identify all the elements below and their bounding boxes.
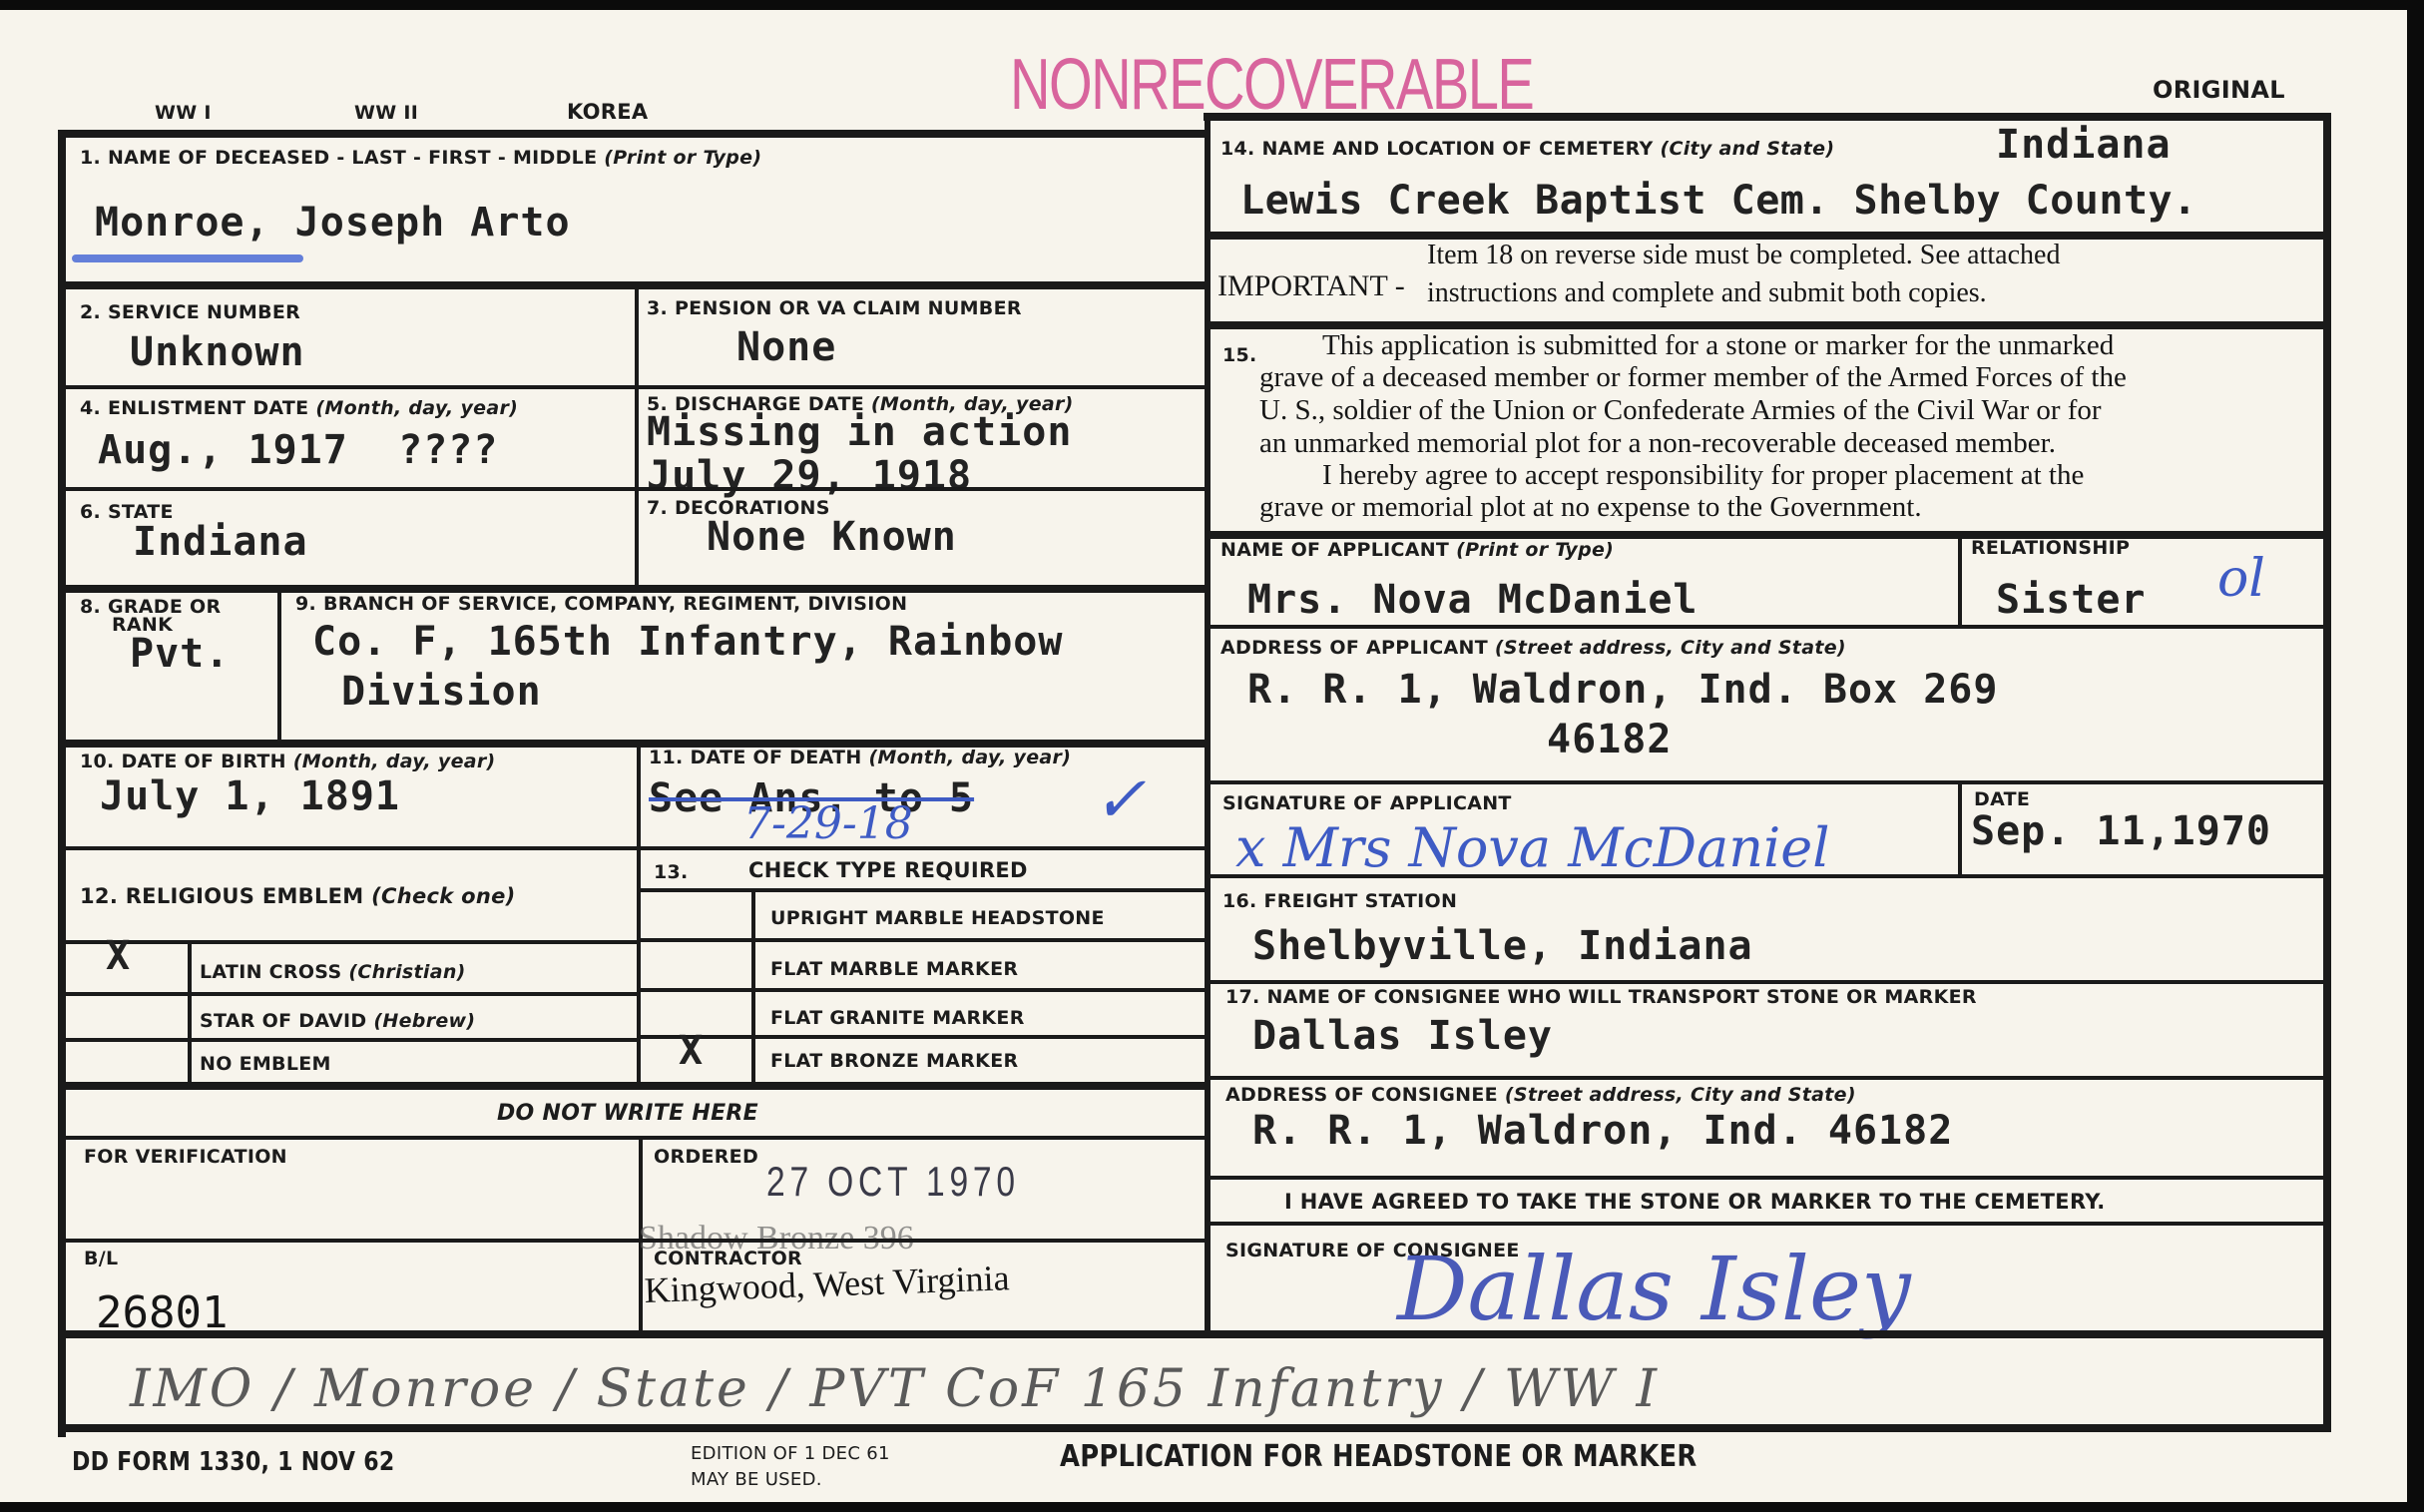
divider <box>1208 232 2327 240</box>
war-label-korea: KOREA <box>567 100 648 124</box>
applicant-address-line2[interactable]: 46182 <box>1547 717 1672 762</box>
field-11-label: 11. DATE OF DEATH (Month, day, year) <box>649 747 1071 768</box>
emblem-label: NO EMBLEM <box>200 1053 331 1075</box>
date-label: DATE <box>1974 788 2030 810</box>
divider <box>1208 1176 2327 1180</box>
divider <box>1208 874 2327 878</box>
date-value[interactable]: Sep. 11,1970 <box>1971 808 2271 854</box>
checkbox-mark: X <box>679 1028 703 1074</box>
col-divider <box>277 589 281 744</box>
divider <box>637 938 1210 942</box>
checkbox-mark: X <box>106 933 130 979</box>
divider <box>1208 980 2327 984</box>
field-15-line: grave or memorial plot at no expense to … <box>1259 491 1922 524</box>
divider <box>637 888 1210 892</box>
divider <box>1208 1330 2331 1338</box>
frame-center-divider <box>1205 113 1211 1334</box>
consignee-address-label: ADDRESS OF CONSIGNEE (Street address, Ci… <box>1225 1084 1856 1106</box>
divider <box>62 846 641 850</box>
divider <box>1208 780 2327 784</box>
frame-top-left <box>62 130 1210 138</box>
divider <box>637 846 1210 850</box>
divider <box>62 1082 1210 1090</box>
col-divider <box>635 285 639 587</box>
war-label-ww1: WW I <box>155 102 212 124</box>
applicant-signature-label: SIGNATURE OF APPLICANT <box>1222 792 1512 814</box>
frame-top-right <box>1204 113 2331 121</box>
bl-label: B/L <box>84 1248 118 1269</box>
original-copy-label: ORIGINAL <box>2153 76 2285 104</box>
edition-note-line1: EDITION OF 1 DEC 61 <box>691 1443 890 1464</box>
marker-label: FLAT BRONZE MARKER <box>770 1050 1018 1072</box>
relationship-initials: ol <box>2217 549 2265 609</box>
field-15-line: grave of a deceased member or former mem… <box>1259 361 2127 394</box>
divider <box>1208 1222 2327 1226</box>
field-8-value[interactable]: Pvt. <box>130 631 230 677</box>
field-14-label: 14. NAME AND LOCATION OF CEMETERY (City … <box>1220 138 1834 160</box>
divider <box>1208 1076 2327 1080</box>
col-divider <box>751 888 755 1086</box>
relationship-value[interactable]: Sister <box>1996 577 2147 623</box>
divider <box>637 1035 1210 1039</box>
divider <box>62 1330 1210 1338</box>
handwritten-inscription-note[interactable]: IMO / Monroe / State / PVT CoF 165 Infan… <box>130 1359 1660 1419</box>
field-15-line: This application is submitted for a ston… <box>1322 329 2114 362</box>
field-15-line: U. S., soldier of the Union or Confedera… <box>1259 394 2102 427</box>
important-label: IMPORTANT - <box>1217 269 1405 303</box>
field-15-line: an unmarked memorial plot for a non-reco… <box>1259 427 2056 460</box>
field-5-value-line1[interactable]: Missing in action <box>647 409 1072 455</box>
applicant-address-line1[interactable]: R. R. 1, Waldron, Ind. Box 269 <box>1247 667 1998 713</box>
col-divider <box>1958 535 1962 627</box>
emblem-label: STAR OF DAVID (Hebrew) <box>200 1010 475 1032</box>
field-1-value[interactable]: Monroe, Joseph Arto <box>95 200 571 246</box>
ordered-label: ORDERED <box>654 1146 758 1168</box>
edition-note-line2: MAY BE USED. <box>691 1469 822 1490</box>
important-text-line1: Item 18 on reverse side must be complete… <box>1427 240 2060 271</box>
divider <box>62 940 637 944</box>
frame-right <box>2323 113 2331 1430</box>
divider <box>62 487 1210 491</box>
relationship-label: RELATIONSHIP <box>1971 537 2130 559</box>
divider <box>62 992 637 996</box>
marker-label: UPRIGHT MARBLE HEADSTONE <box>770 907 1105 929</box>
consignee-address-value[interactable]: R. R. 1, Waldron, Ind. 46182 <box>1252 1108 1953 1154</box>
for-verification-label: FOR VERIFICATION <box>84 1146 287 1168</box>
important-text-line2: instructions and complete and submit bot… <box>1427 277 1987 309</box>
blue-underline-mark <box>72 254 303 262</box>
divider <box>637 988 1210 992</box>
field-3-value[interactable]: None <box>736 324 836 370</box>
field-9-value-line1[interactable]: Co. F, 165th Infantry, Rainbow <box>312 619 1063 665</box>
field-16-label: 16. FREIGHT STATION <box>1222 890 1457 912</box>
applicant-address-label: ADDRESS OF APPLICANT (Street address, Ci… <box>1220 637 1846 659</box>
field-10-label: 10. DATE OF BIRTH (Month, day, year) <box>80 751 496 772</box>
field-10-value[interactable]: July 1, 1891 <box>100 773 400 819</box>
field-13-number: 13. <box>654 861 689 883</box>
field-12-label: 12. RELIGIOUS EMBLEM (Check one) <box>80 884 516 908</box>
consignee-signature[interactable]: Dallas Isley <box>1397 1238 1911 1340</box>
divider <box>1208 531 2327 539</box>
field-15-line: I hereby agree to accept responsibility … <box>1322 459 2084 492</box>
agreement-text: I HAVE AGREED TO TAKE THE STONE OR MARKE… <box>1284 1190 2106 1214</box>
marker-label: FLAT MARBLE MARKER <box>770 958 1018 980</box>
frame-bottom <box>58 1424 2331 1432</box>
divider <box>1208 321 2327 329</box>
divider <box>62 1239 1210 1243</box>
divider <box>62 1038 637 1042</box>
applicant-name-label: NAME OF APPLICANT (Print or Type) <box>1220 539 1614 561</box>
col-divider <box>1958 784 1962 876</box>
emblem-label: LATIN CROSS (Christian) <box>200 961 466 983</box>
field-9-label: 9. BRANCH OF SERVICE, COMPANY, REGIMENT,… <box>295 593 907 615</box>
applicant-signature[interactable]: x Mrs Nova McDaniel <box>1235 816 1830 879</box>
col-divider <box>188 940 192 1086</box>
marker-label: FLAT GRANITE MARKER <box>770 1007 1025 1029</box>
form-number: DD FORM 1330, 1 NOV 62 <box>72 1447 395 1477</box>
field-1-label: 1. NAME OF DECEASED - LAST - FIRST - MID… <box>80 147 761 169</box>
field-9-value-line2[interactable]: Division <box>341 669 542 715</box>
field-6-value[interactable]: Indiana <box>133 519 308 565</box>
field-4-label: 4. ENLISTMENT DATE (Month, day, year) <box>80 397 518 419</box>
field-16-value[interactable]: Shelbyville, Indiana <box>1252 923 1753 969</box>
field-11-handwritten-value[interactable]: 7-29-18 <box>743 798 913 849</box>
war-label-ww2: WW II <box>354 102 418 124</box>
applicant-name-value[interactable]: Mrs. Nova McDaniel <box>1247 577 1697 623</box>
field-14-value-line2[interactable]: Lewis Creek Baptist Cem. Shelby County. <box>1240 178 2197 224</box>
field-17-value[interactable]: Dallas Isley <box>1252 1013 1553 1059</box>
divider <box>62 585 1210 593</box>
field-13-label: CHECK TYPE REQUIRED <box>748 858 1028 882</box>
field-5-value-line2[interactable]: July 29, 1918 <box>647 453 972 499</box>
field-4-value[interactable]: Aug., 1917 ???? <box>98 427 498 473</box>
check-mark-icon: ✓ <box>1093 763 1147 837</box>
field-17-label: 17. NAME OF CONSIGNEE WHO WILL TRANSPORT… <box>1225 986 1977 1008</box>
field-14-value-line1[interactable]: Indiana <box>1996 122 2172 168</box>
headstone-application-form: NONRECOVERABLE ORIGINAL WW I WW II KOREA… <box>0 10 2407 1502</box>
ordered-date-stamp: 27 OCT 1970 <box>766 1158 1020 1206</box>
divider <box>62 1136 1210 1140</box>
field-7-value[interactable]: None Known <box>707 514 957 560</box>
field-2-value[interactable]: Unknown <box>130 329 305 375</box>
field-3-label: 3. PENSION OR VA CLAIM NUMBER <box>647 297 1022 319</box>
field-15-number: 15. <box>1222 344 1257 366</box>
form-title: APPLICATION FOR HEADSTONE OR MARKER <box>1060 1439 1697 1474</box>
divider <box>1208 625 2327 629</box>
divider <box>62 385 1210 389</box>
field-2-label: 2. SERVICE NUMBER <box>80 301 300 323</box>
do-not-write-here-label: DO NOT WRITE HERE <box>497 1101 758 1126</box>
